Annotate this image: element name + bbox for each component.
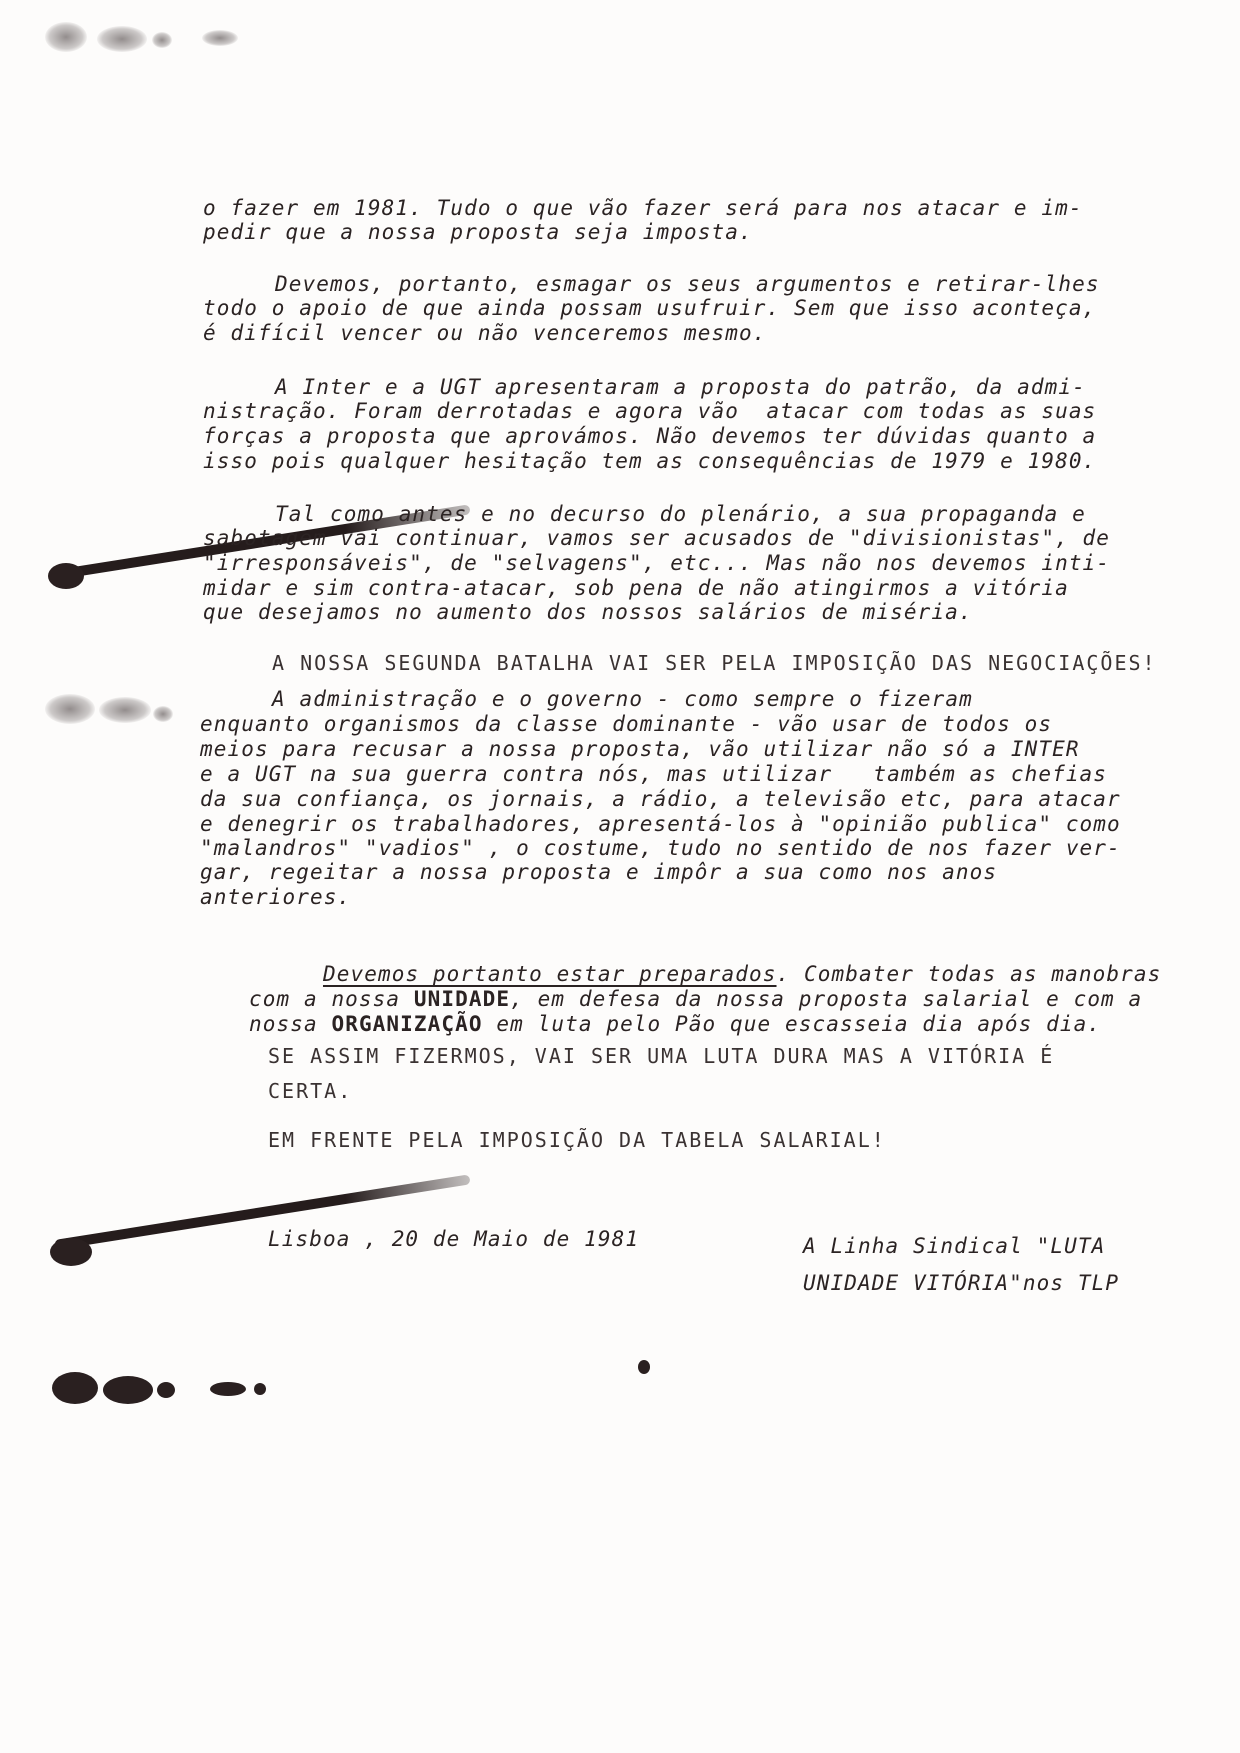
text-segment: nossa xyxy=(249,1012,331,1036)
ink-dot xyxy=(638,1360,650,1374)
ink-blot xyxy=(48,563,84,589)
text-line: e denegrir os trabalhadores, apresentá-l… xyxy=(200,812,1121,836)
ink-blot xyxy=(52,1372,98,1404)
text-line: e a UGT na sua guerra contra nós, mas ut… xyxy=(200,762,1107,786)
signature: A Linha Sindical "LUTA xyxy=(803,1234,1105,1258)
ink-blot xyxy=(210,1382,246,1396)
signature: UNIDADE VITÓRIA"nos TLP xyxy=(803,1271,1119,1295)
ink-speckle xyxy=(153,706,173,722)
emphasis-organizacao: ORGANIZAÇÃO xyxy=(331,1012,482,1036)
closing-slogan: SE ASSIM FIZERMOS, VAI SER UMA LUTA DURA… xyxy=(268,1044,1054,1068)
ink-speckle xyxy=(202,30,238,46)
ink-speckle xyxy=(97,26,147,52)
section-heading: A NOSSA SEGUNDA BATALHA VAI SER PELA IMP… xyxy=(272,651,1157,675)
text-segment: em luta pelo Pão que escasseia dia após … xyxy=(483,1012,1101,1036)
ink-speckle xyxy=(45,694,95,724)
text-line: midar e sim contra-atacar, sob pena de n… xyxy=(203,576,1069,600)
ink-blot xyxy=(254,1383,266,1395)
text-line: A administração e o governo - como sempr… xyxy=(272,687,973,711)
closing-slogan: EM FRENTE PELA IMPOSIÇÃO DA TABELA SALAR… xyxy=(268,1128,886,1152)
ink-speckle xyxy=(152,32,172,48)
text-line: todo o apoio de que ainda possam usufrui… xyxy=(203,296,1096,320)
text-line: "irresponsáveis", de "selvagens", etc...… xyxy=(203,551,1110,575)
ink-blot xyxy=(157,1382,175,1398)
text-line: que desejamos no aumento dos nossos salá… xyxy=(203,600,973,624)
closing-slogan: CERTA. xyxy=(268,1079,352,1103)
place-date: Lisboa , 20 de Maio de 1981 xyxy=(268,1227,639,1251)
text-line: gar, regeitar a nossa proposta e impôr a… xyxy=(200,860,997,884)
ink-blot xyxy=(103,1376,153,1404)
document-page: o fazer em 1981. Tudo o que vão fazer se… xyxy=(0,0,1240,1753)
text-line: Tal como antes e no decurso do plenário,… xyxy=(275,502,1086,526)
text-line: isso pois qualquer hesitação tem as cons… xyxy=(203,449,1096,473)
text-line: pedir que a nossa proposta seja imposta. xyxy=(203,220,753,244)
text-line: é difícil vencer ou não venceremos mesmo… xyxy=(203,321,766,345)
text-line: forças a proposta que aprovámos. Não dev… xyxy=(203,424,1096,448)
text-line: A Inter e a UGT apresentaram a proposta … xyxy=(275,375,1086,399)
text-line: nistração. Foram derrotadas e agora vão … xyxy=(203,399,1096,423)
text-line: anteriores. xyxy=(200,885,351,909)
text-line: enquanto organismos da classe dominante … xyxy=(200,712,1052,736)
ink-blot xyxy=(50,1238,92,1266)
ink-speckle xyxy=(99,697,151,723)
text-line: da sua confiança, os jornais, a rádio, a… xyxy=(200,787,1121,811)
text-line: sabotagem vai continuar, vamos ser acusa… xyxy=(203,526,1110,550)
text-line: meios para recusar a nossa proposta, vão… xyxy=(200,737,1080,761)
ink-speckle xyxy=(45,22,87,52)
text-line: "malandros" "vadios" , o costume, tudo n… xyxy=(200,836,1121,860)
text-line: o fazer em 1981. Tudo o que vão fazer se… xyxy=(203,196,1083,220)
text-line: Devemos, portanto, esmagar os seus argum… xyxy=(275,272,1100,296)
